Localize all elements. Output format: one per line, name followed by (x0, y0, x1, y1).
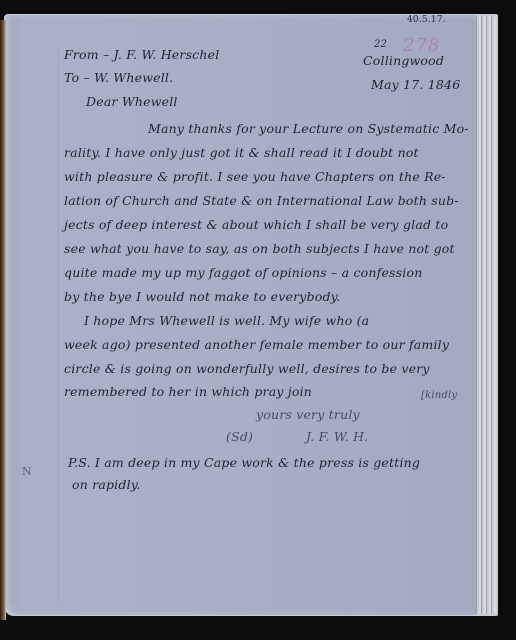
letter-page: 40.5.17. 22 278 From – J. F. W. Herschel… (6, 15, 476, 615)
date: May 17. 1846 (371, 77, 460, 92)
postscript-line: on rapidly. (72, 477, 141, 492)
signed-mark: (Sd) (226, 429, 253, 444)
place: Collingwood (363, 53, 444, 68)
body-line: week ago) presented another female membe… (64, 337, 449, 352)
folio-prefix: 22 (374, 39, 387, 50)
body-line: Many thanks for your Lecture on Systemat… (148, 121, 469, 136)
body-line: rality. I have only just got it & shall … (64, 145, 419, 160)
body-line: jects of deep interest & about which I s… (64, 217, 448, 232)
body-line: lation of Church and State & on Internat… (64, 193, 459, 208)
salutation: Dear Whewell (86, 94, 178, 109)
archive-number: 40.5.17. (407, 15, 446, 25)
insertion-note: [kindly (421, 390, 457, 401)
to-line: To – W. Whewell. (64, 70, 173, 85)
body-line: see what you have to say, as on both sub… (64, 241, 455, 256)
body-line: by the bye I would not make to everybody… (64, 289, 340, 304)
from-line: From – J. F. W. Herschel (64, 47, 219, 62)
margin-ruling (58, 45, 59, 605)
postscript-line: P.S. I am deep in my Cape work & the pre… (68, 455, 420, 470)
body-line: circle & is going on wonderfully well, d… (64, 361, 430, 376)
body-line: I hope Mrs Whewell is well. My wife who … (84, 313, 369, 328)
signature: J. F. W. H. (306, 429, 368, 444)
body-line: with pleasure & profit. I see you have C… (64, 169, 446, 184)
page-edges (474, 16, 496, 614)
closing: yours very truly (256, 407, 360, 422)
margin-mark: N (22, 465, 32, 478)
body-line: remembered to her in which pray join (64, 384, 312, 399)
body-line: quite made my up my faggot of opinions –… (64, 265, 422, 280)
